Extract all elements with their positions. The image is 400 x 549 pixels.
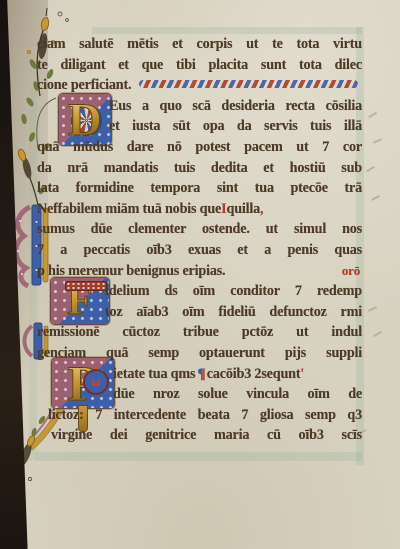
body-text: dūe nroz solue vincula oīm de (113, 384, 362, 405)
margin-hairline (368, 306, 377, 311)
text-line: Eus a quo scā desideria recta cōsilia (37, 96, 362, 117)
body-text: virgine dei genitrice maria cū oīb3 scīs (51, 425, 362, 446)
body-text: sumus dūe clementer ostende. ut simul no… (37, 219, 362, 240)
text-line: et iusta sūt opa da servis tuis illā (37, 116, 362, 137)
text-line: te diligant et que tibi placita sunt tot… (37, 55, 362, 76)
text-line: lata formidine tempora sint tua ptecōe t… (37, 178, 362, 199)
ruling-line-bottom (36, 452, 362, 461)
rubric-text: ' (300, 364, 304, 385)
line-filler (139, 80, 358, 88)
text-line: quā mūdus dare nō potest pacem ut 7 cor (37, 137, 362, 158)
text-line: Neffabilem miām tuā nobis que Iquilla, (37, 199, 362, 220)
body-text: lictoz: 7 intercedente beata 7 gliosa se… (48, 405, 362, 426)
body-text: Neffabilem miām tuā nobis que (37, 199, 221, 220)
margin-hairline (373, 138, 382, 143)
rubric-text: orō (342, 261, 362, 282)
paragraph-mark: ¶ (195, 364, 206, 385)
margin-hairline (373, 331, 382, 337)
body-text: ciam salutē mētis et corpis ut te tota v… (37, 34, 362, 55)
text-line: toz aīab3 oīm fideliū defunctoz rmi (37, 302, 362, 323)
text-line: lictoz: 7 intercedente beata 7 gliosa se… (37, 405, 362, 426)
body-text: quilla (227, 199, 261, 220)
margin-hairline (368, 112, 377, 118)
body-text: te diligant et que tibi placita sunt tot… (37, 55, 362, 76)
text-line: virgine dei genitrice maria cū oīb3 scīs (37, 425, 362, 446)
text-line: ietate tua qms ¶cacōib3 2sequnt' (37, 364, 362, 385)
body-text: da nrā mandatis tuis dedita et hostiū su… (37, 158, 362, 179)
body-text: Eus a quo scā desideria recta cōsilia (109, 96, 362, 117)
body-text: et iusta sūt opa da servis tuis illā (109, 116, 362, 137)
ruling-line-top (92, 27, 362, 34)
body-text: remissionē cūctoz tribue pctōz ut indul (37, 322, 362, 343)
body-text: cacōib3 2sequnt (207, 364, 301, 385)
text-line: 7 a peccatis oīb3 exuas et a penis quas (37, 240, 362, 261)
text-line: genciam quā semp optauerunt pijs suppli (37, 343, 362, 364)
text-line: ciam salutē mētis et corpis ut te tota v… (37, 34, 362, 55)
body-text: idelium ds oīm conditor 7 redemp (105, 281, 362, 302)
body-text: cione perficiant. (37, 75, 131, 96)
text-line: cione perficiant. (37, 75, 362, 96)
body-text: genciam quā semp optauerunt pijs suppli (37, 343, 362, 364)
body-text: p his meremur benignus eripias. (37, 261, 225, 282)
text-line: sumus dūe clementer ostende. ut simul no… (37, 219, 362, 240)
text-line: dūe nroz solue vincula oīm de (37, 384, 362, 405)
text-line: da nrā mandatis tuis dedita et hostiū su… (37, 158, 362, 179)
text-line: idelium ds oīm conditor 7 redemp (37, 281, 362, 302)
text-line: p his meremur benignus eripias.orō (37, 261, 362, 282)
text-line: remissionē cūctoz tribue pctōz ut indul (37, 322, 362, 343)
body-text: ietate tua qms (113, 364, 195, 385)
manuscript-photo: D F ω P ciam salutē mētis et corpis ut t… (0, 0, 400, 549)
margin-hairline (371, 195, 380, 200)
text-block: ciam salutē mētis et corpis ut te tota v… (37, 34, 362, 446)
body-text: quā mūdus dare nō potest pacem ut 7 cor (37, 137, 362, 158)
margin-hairline (366, 166, 375, 172)
body-text: 7 a peccatis oīb3 exuas et a penis quas (37, 240, 362, 261)
body-text: lata formidine tempora sint tua ptecōe t… (37, 178, 362, 199)
body-text: toz aīab3 oīm fideliū defunctoz rmi (105, 302, 362, 323)
rubric-text: , (260, 199, 263, 220)
